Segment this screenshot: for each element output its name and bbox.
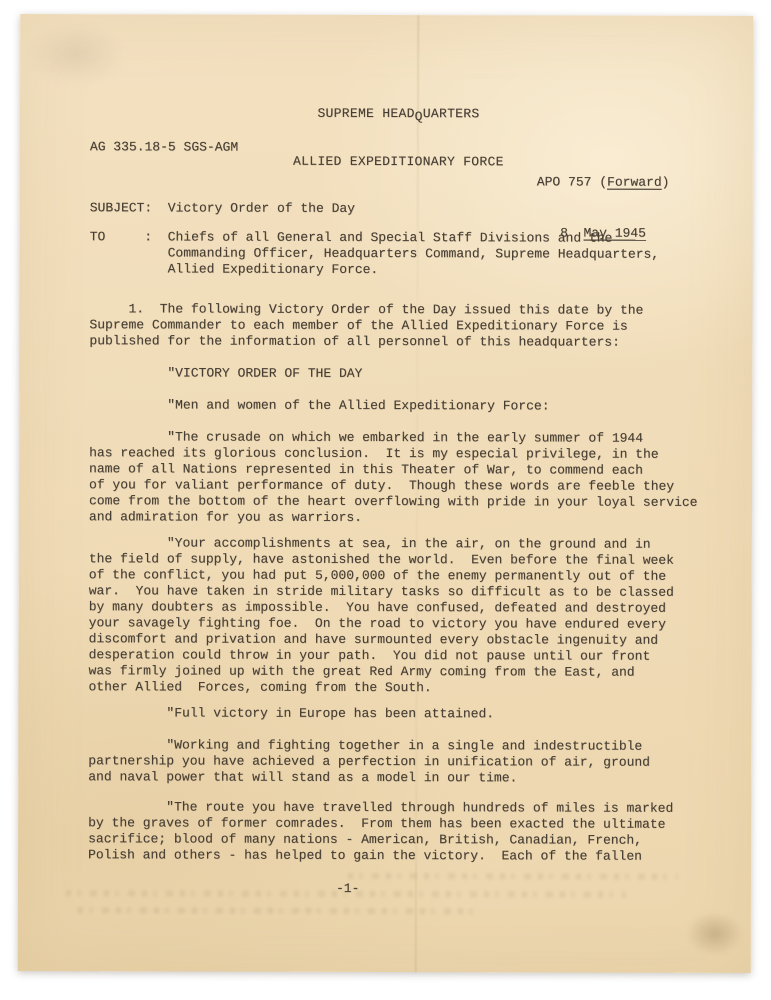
victory-order-heading: "VICTORY ORDER OF THE DAY	[89, 365, 362, 382]
file-reference-number: AG 335.18-5 SGS-AGM	[90, 139, 238, 155]
ink-bleedthrough-mark	[78, 907, 478, 914]
paragraph-crusade: "The crusade on which we embarked in the…	[89, 429, 698, 527]
apo-forward-underlined: Forward	[607, 175, 662, 190]
paragraph-full-victory: "Full victory in Europe has been attaine…	[88, 705, 494, 722]
paragraph-route: "The route you have travelled through hu…	[88, 799, 673, 865]
apo-suffix: )	[662, 175, 670, 190]
page-number: -1-	[336, 881, 359, 897]
paragraph-accomplishments: "Your accomplishments at sea, in the air…	[88, 535, 674, 697]
paragraph-working-together: "Working and fighting together in a sing…	[88, 737, 650, 786]
subject-line: SUBJECT: Victory Order of the Day	[90, 200, 355, 217]
to-block: TO : Chiefs of all General and Special S…	[90, 229, 660, 278]
letterhead-line1-pre: SUPREME HEAD	[317, 106, 414, 121]
letterhead-dropped-q: Q	[415, 109, 423, 124]
salutation-line: "Men and women of the Allied Expeditiona…	[89, 397, 549, 414]
document-page: SUPREME HEADQUARTERS ALLIED EXPEDITIONAR…	[18, 14, 754, 973]
scan-background: { "page": { "background_color": "#ffffff…	[0, 0, 771, 1000]
paragraph-introduction: 1. The following Victory Order of the Da…	[89, 301, 643, 350]
apo-line: APO 757 (Forward)	[537, 173, 670, 190]
ink-bleedthrough-mark	[348, 873, 678, 880]
letterhead-line1: SUPREME HEADQUARTERS	[44, 105, 753, 123]
paper-stain-bottom-right	[686, 912, 744, 956]
letterhead-line1-post: UARTERS	[423, 106, 480, 121]
apo-prefix: APO 757 (	[537, 174, 607, 189]
